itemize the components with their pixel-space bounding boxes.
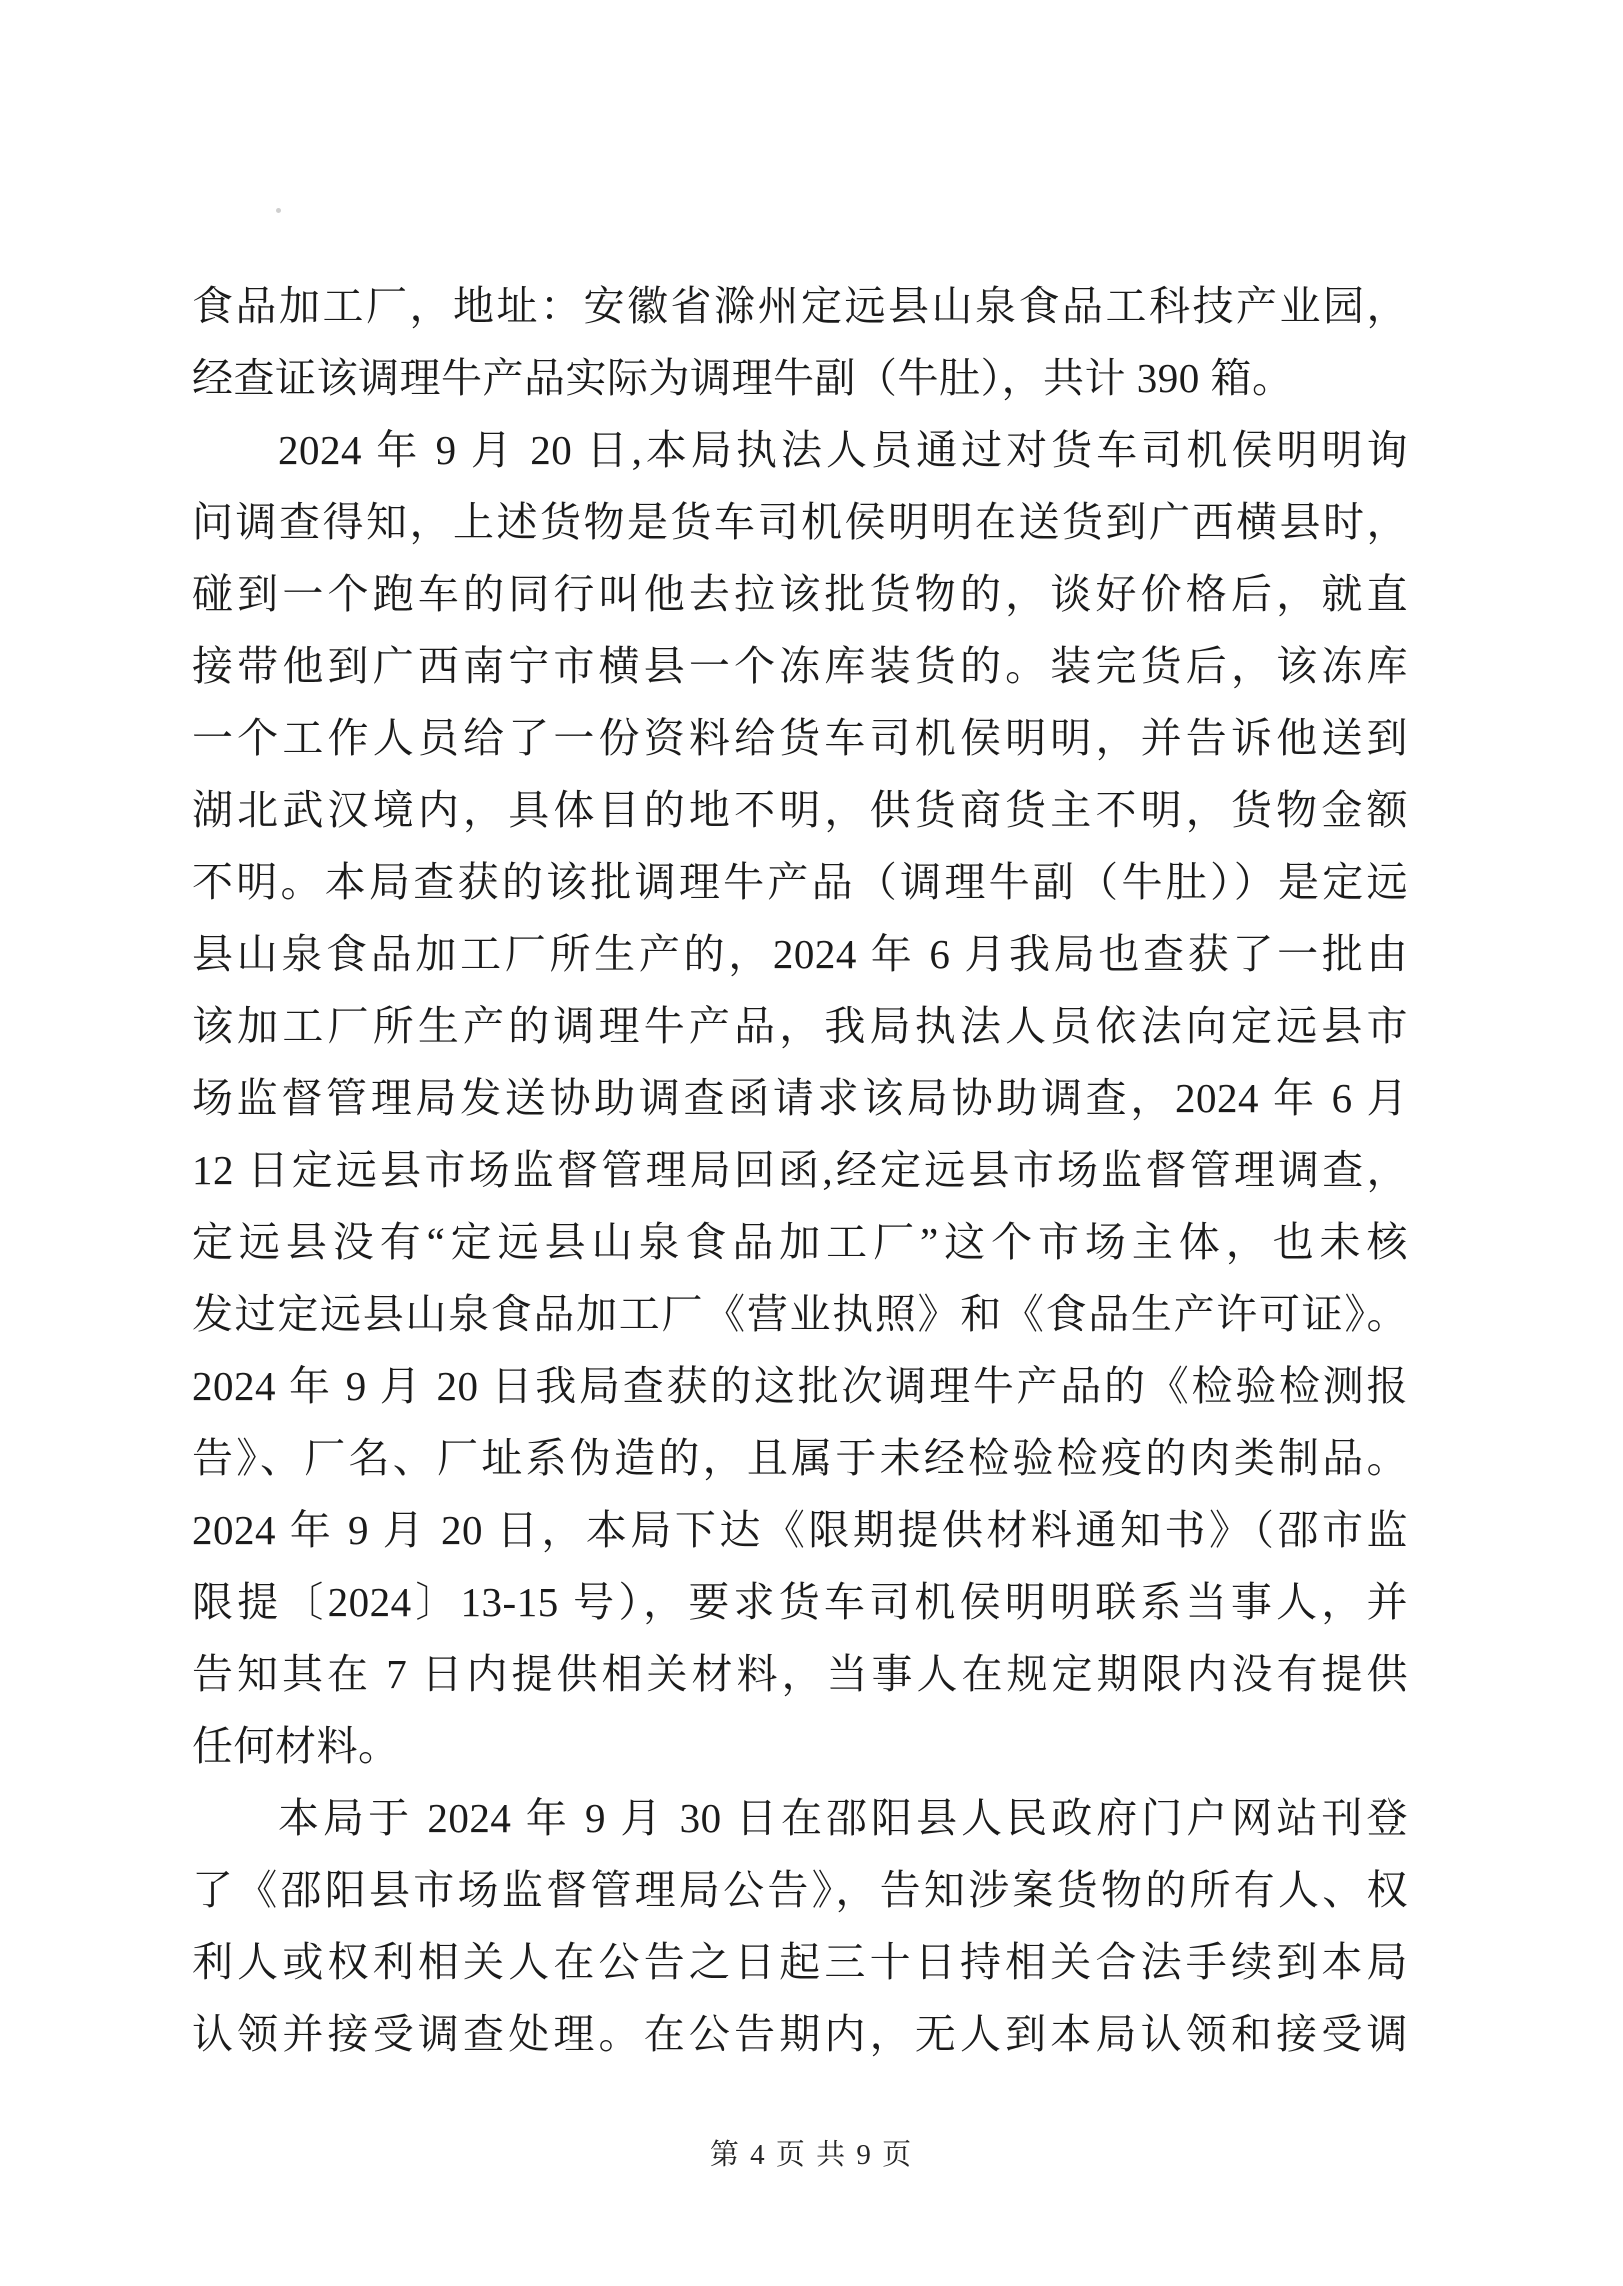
body-text-line: 2024 年 9 月 20 日，本局下达《限期提供材料通知书》（邵市监 (192, 1494, 1408, 1566)
body-text-line: 定远县没有“定远县山泉食品加工厂”这个市场主体，也未核 (192, 1206, 1408, 1278)
body-text-line: 接带他到广西南宁市横县一个冻库装货的。装完货后，该冻库 (192, 630, 1408, 702)
scan-speck (276, 208, 281, 213)
page-number-footer: 第 4 页 共 9 页 (0, 2134, 1623, 2176)
document-body: 食品加工厂，地址：安徽省滁州定远县山泉食品工科技产业园， 经查证该调理牛产品实际… (192, 270, 1408, 2070)
body-text-line: 12 日定远县市场监督管理局回函,经定远县市场监督管理调查， (192, 1134, 1408, 1206)
body-text-line: 一个工作人员给了一份资料给货车司机侯明明，并告诉他送到 (192, 702, 1408, 774)
document-page: 食品加工厂，地址：安徽省滁州定远县山泉食品工科技产业园， 经查证该调理牛产品实际… (0, 0, 1623, 2286)
body-text-line: 发过定远县山泉食品加工厂《营业执照》和《食品生产许可证》。 (192, 1278, 1408, 1350)
body-text-line: 任何材料。 (192, 1710, 1408, 1782)
body-text-line: 经查证该调理牛产品实际为调理牛副（牛肚），共计 390 箱。 (192, 342, 1408, 414)
body-text-line: 场监督管理局发送协助调查函请求该局协助调查，2024 年 6 月 (192, 1062, 1408, 1134)
body-text-line: 限提〔2024〕13-15 号），要求货车司机侯明明联系当事人，并 (192, 1566, 1408, 1638)
body-text-line: 湖北武汉境内，具体目的地不明，供货商货主不明，货物金额 (192, 774, 1408, 846)
body-text-line: 该加工厂所生产的调理牛产品，我局执法人员依法向定远县市 (192, 990, 1408, 1062)
body-text-line: 碰到一个跑车的同行叫他去拉该批货物的，谈好价格后，就直 (192, 558, 1408, 630)
body-text-line: 了《邵阳县市场监督管理局公告》，告知涉案货物的所有人、权 (192, 1854, 1408, 1926)
body-text-line: 县山泉食品加工厂所生产的，2024 年 6 月我局也查获了一批由 (192, 918, 1408, 990)
body-text-line: 2024 年 9 月 20 日我局查获的这批次调理牛产品的《检验检测报 (192, 1350, 1408, 1422)
body-text-line: 食品加工厂，地址：安徽省滁州定远县山泉食品工科技产业园， (192, 270, 1408, 342)
body-text-line: 2024 年 9 月 20 日,本局执法人员通过对货车司机侯明明询 (192, 414, 1408, 486)
body-text-line: 本局于 2024 年 9 月 30 日在邵阳县人民政府门户网站刊登 (192, 1782, 1408, 1854)
paragraph-continuation: 食品加工厂，地址：安徽省滁州定远县山泉食品工科技产业园， 经查证该调理牛产品实际… (192, 270, 1408, 414)
paragraph-public-notice: 本局于 2024 年 9 月 30 日在邵阳县人民政府门户网站刊登 了《邵阳县市… (192, 1782, 1408, 2070)
body-text-line: 告》、厂名、厂址系伪造的，且属于未经检验检疫的肉类制品。 (192, 1422, 1408, 1494)
body-text-line: 问调查得知，上述货物是货车司机侯明明在送货到广西横县时， (192, 486, 1408, 558)
body-text-line: 告知其在 7 日内提供相关材料，当事人在规定期限内没有提供 (192, 1638, 1408, 1710)
paragraph-investigation: 2024 年 9 月 20 日,本局执法人员通过对货车司机侯明明询 问调查得知，… (192, 414, 1408, 1782)
body-text-line: 不明。本局查获的该批调理牛产品（调理牛副（牛肚））是定远 (192, 846, 1408, 918)
body-text-line: 利人或权利相关人在公告之日起三十日持相关合法手续到本局 (192, 1926, 1408, 1998)
body-text-line: 认领并接受调查处理。在公告期内，无人到本局认领和接受调 (192, 1998, 1408, 2070)
